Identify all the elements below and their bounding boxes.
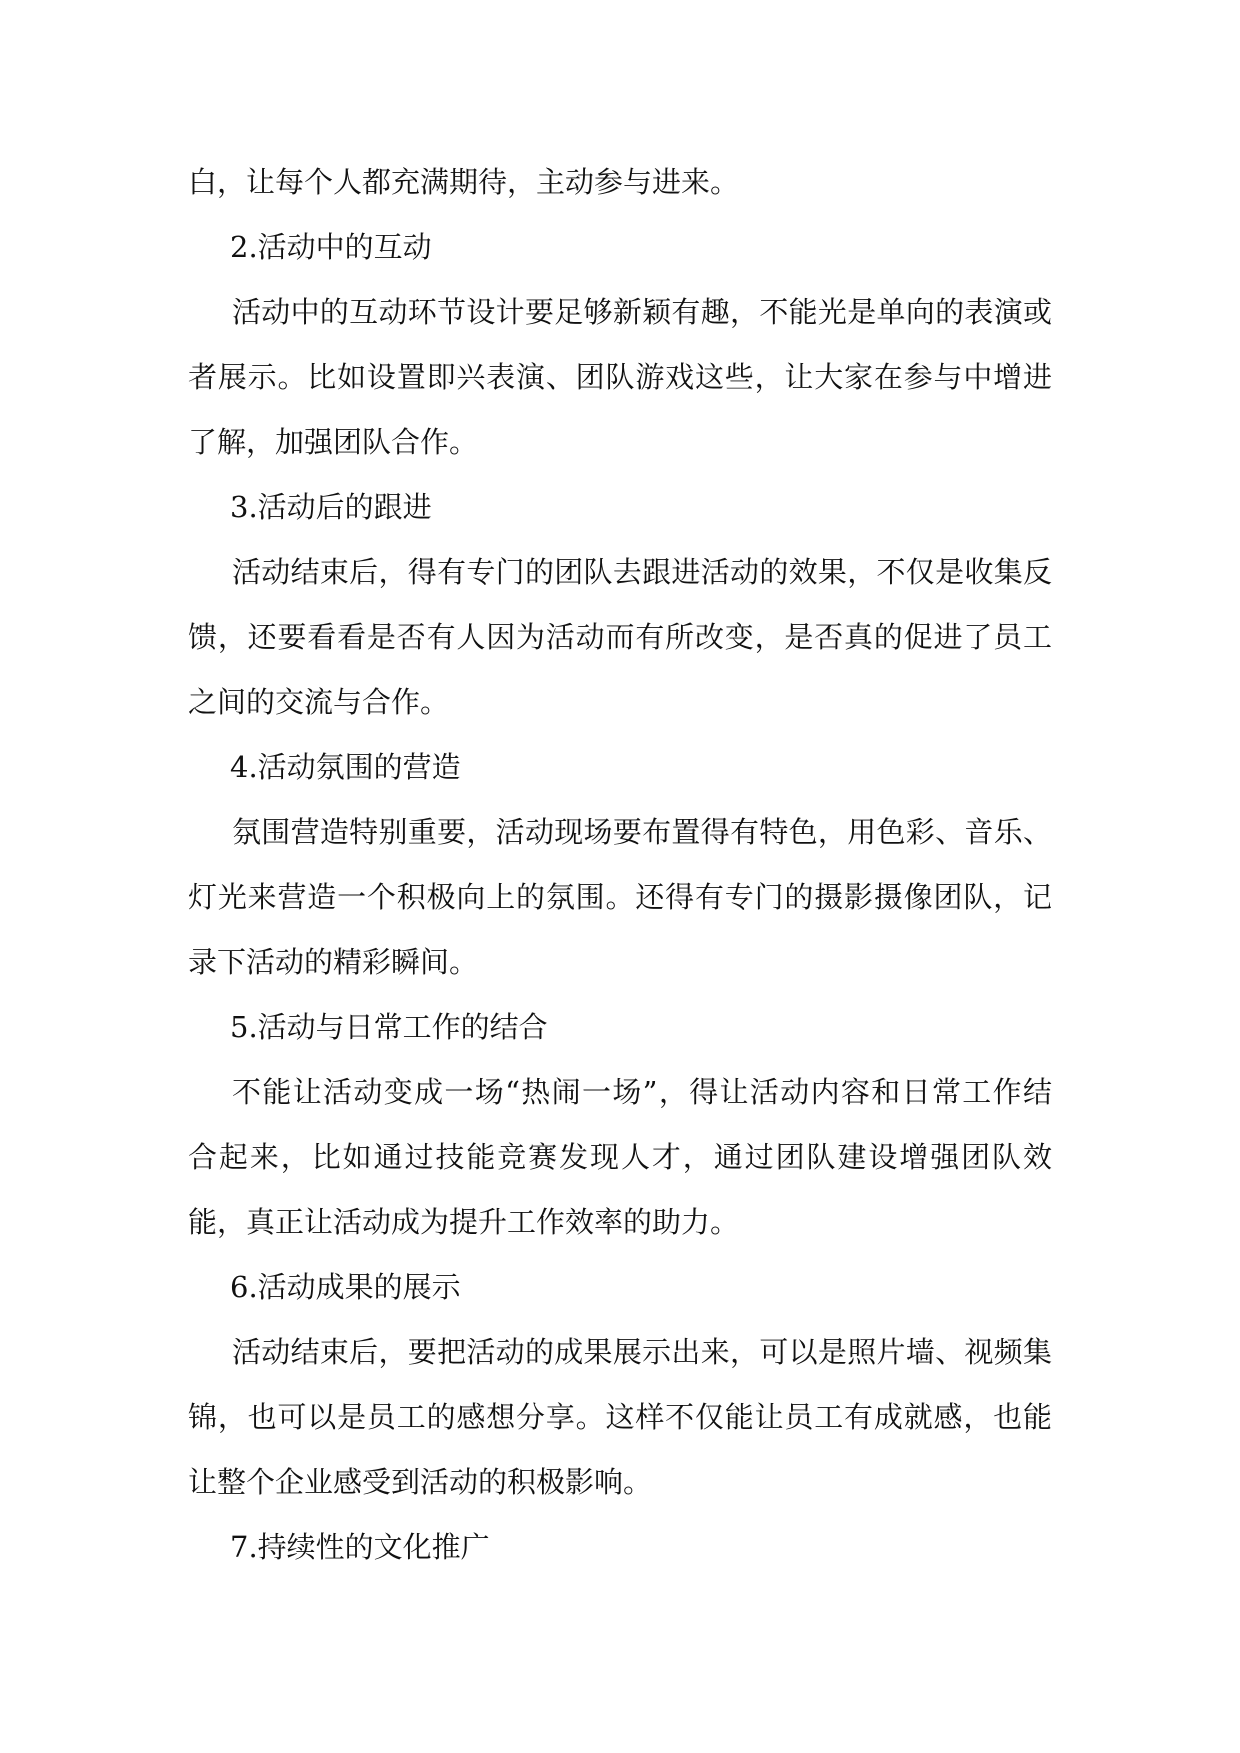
paragraph-line: 氛围营造特别重要，活动现场要布置得有特色，用色彩、音乐、 xyxy=(188,800,1052,865)
paragraph-line: 让整个企业感受到活动的积极影响。 xyxy=(188,1450,1052,1515)
section-heading-2: 2.活动中的互动 xyxy=(188,215,1052,280)
section-heading-5: 5.活动与日常工作的结合 xyxy=(188,995,1052,1060)
section-heading-4: 4.活动氛围的营造 xyxy=(188,735,1052,800)
paragraph-line: 录下活动的精彩瞬间。 xyxy=(188,930,1052,995)
paragraph-line: 灯光来营造一个积极向上的氛围。还得有专门的摄影摄像团队，记 xyxy=(188,865,1052,930)
paragraph-line: 合起来，比如通过技能竞赛发现人才，通过团队建设增强团队效 xyxy=(188,1125,1052,1190)
paragraph-line: 活动结束后，要把活动的成果展示出来，可以是照片墙、视频集 xyxy=(188,1320,1052,1385)
paragraph-line: 活动结束后，得有专门的团队去跟进活动的效果，不仅是收集反 xyxy=(188,540,1052,605)
paragraph-line: 能，真正让活动成为提升工作效率的助力。 xyxy=(188,1190,1052,1255)
paragraph-line: 了解，加强团队合作。 xyxy=(188,410,1052,475)
paragraph-line: 者展示。比如设置即兴表演、团队游戏这些，让大家在参与中增进 xyxy=(188,345,1052,410)
paragraph-line: 不能让活动变成一场“热闹一场”，得让活动内容和日常工作结 xyxy=(188,1060,1052,1125)
document-body: 白，让每个人都充满期待，主动参与进来。 2.活动中的互动 活动中的互动环节设计要… xyxy=(188,150,1052,1580)
document-page: 白，让每个人都充满期待，主动参与进来。 2.活动中的互动 活动中的互动环节设计要… xyxy=(0,0,1240,1753)
paragraph-line: 活动中的互动环节设计要足够新颖有趣，不能光是单向的表演或 xyxy=(188,280,1052,345)
paragraph-line: 之间的交流与合作。 xyxy=(188,670,1052,735)
section-heading-6: 6.活动成果的展示 xyxy=(188,1255,1052,1320)
paragraph-line: 馈，还要看看是否有人因为活动而有所改变，是否真的促进了员工 xyxy=(188,605,1052,670)
section-heading-7: 7.持续性的文化推广 xyxy=(188,1515,1052,1580)
section-heading-3: 3.活动后的跟进 xyxy=(188,475,1052,540)
paragraph-line: 白，让每个人都充满期待，主动参与进来。 xyxy=(188,150,1052,215)
paragraph-line: 锦，也可以是员工的感想分享。这样不仅能让员工有成就感，也能 xyxy=(188,1385,1052,1450)
